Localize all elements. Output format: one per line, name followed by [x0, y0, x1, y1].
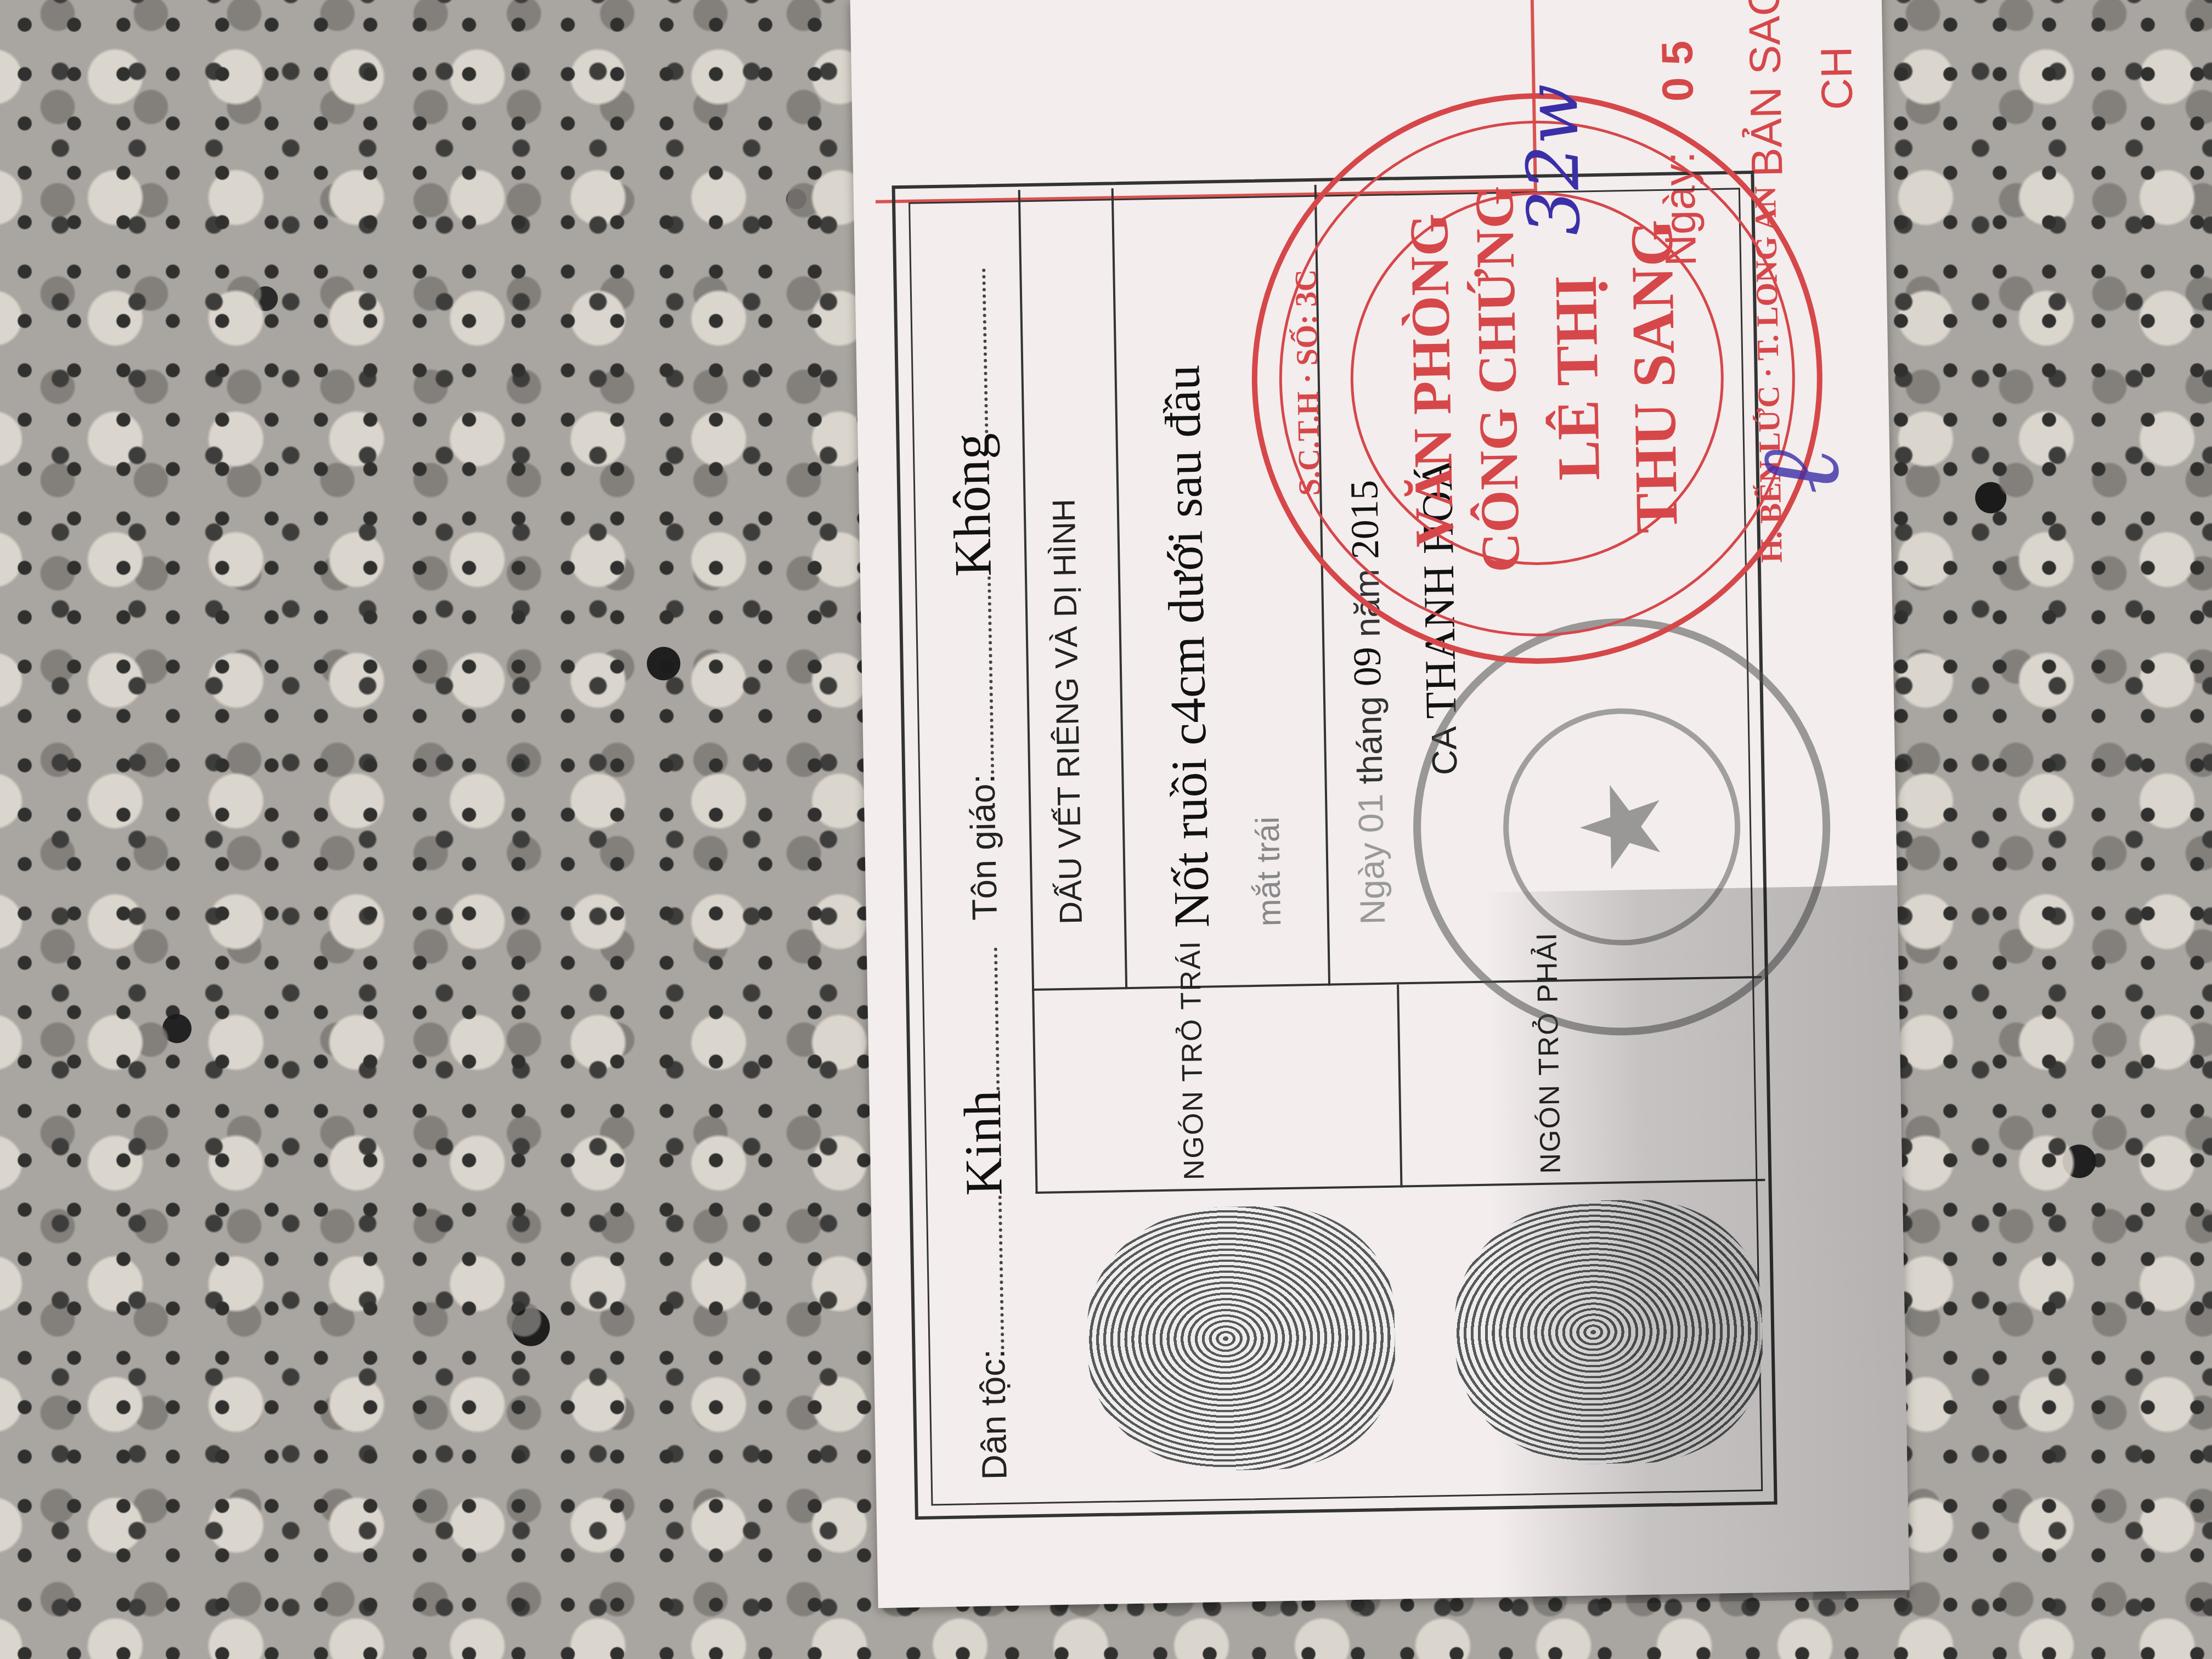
- issue-month-label: tháng: [1349, 696, 1390, 784]
- religion-label: Tôn giáo:: [962, 774, 1005, 921]
- certification-top-text: CH: [1811, 46, 1863, 110]
- notary-stamp-line4: THU SANG: [1615, 96, 1694, 657]
- identifying-marks-line1: Nốt ruồi c4cm dưới sau đầu: [1153, 364, 1221, 928]
- identifying-marks-header: DẤU VẾT RIÊNG VÀ DỊ HÌNH: [1046, 499, 1090, 925]
- issue-day: 01: [1351, 793, 1391, 833]
- photo-shadow: [866, 885, 1909, 1617]
- issue-month: 09: [1345, 647, 1389, 687]
- religion-field: Tôn giáo:Không: [937, 268, 1009, 921]
- religion-value: Không: [941, 433, 1002, 577]
- notary-stamp-line1: VĂN PHÒNG: [1395, 100, 1468, 661]
- id-card-copy-paper: CH BẢN SAO Đ Ngày: 0 5 Dân tộc:Kinh Tôn …: [850, 0, 1910, 1608]
- star-icon: ★: [1557, 777, 1686, 877]
- handwritten-number: 32w: [1510, 83, 1596, 236]
- certification-date-value: 0 5: [1652, 40, 1703, 102]
- handwritten-signature: ℓ: [1736, 448, 1864, 495]
